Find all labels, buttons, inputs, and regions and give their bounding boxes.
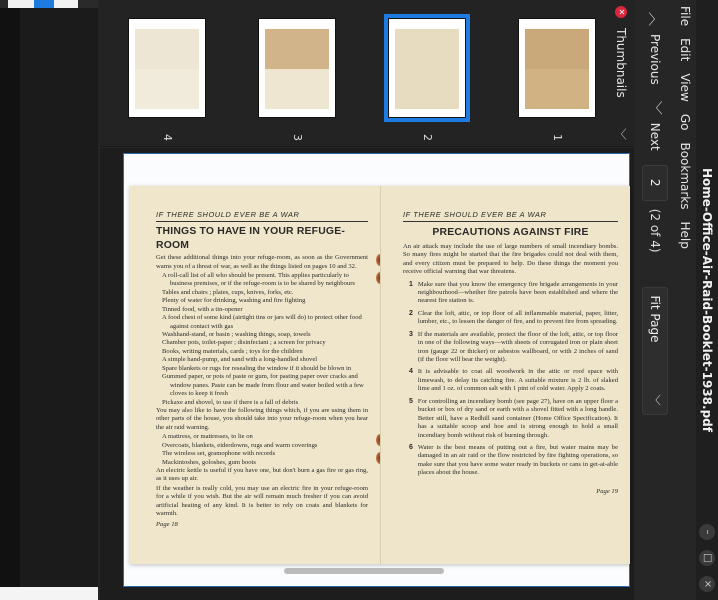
thumbnail-number: 1 <box>551 134 564 141</box>
intro-text: Get these additional things into your re… <box>156 254 368 271</box>
list-item: Chamber pots, toilet-paper ; disinfectan… <box>162 339 368 347</box>
title-bar: Home-Office-Air-Raid-Booklet-1938.pdf – … <box>696 0 718 600</box>
previous-label: Previous <box>648 34 662 85</box>
list-item: Tinned food, with a tin-opener <box>162 306 368 314</box>
thumbnails-title: Thumbnails <box>614 28 628 98</box>
zoom-label: Fit Page <box>648 296 662 343</box>
paragraph: If the weather is really cold, you may u… <box>156 485 368 519</box>
menu-view[interactable]: View <box>678 73 692 101</box>
page-19: IF THERE SHOULD EVER BE A WAR PRECAUTION… <box>380 186 630 564</box>
numbered-item: 3If the materials are available, protect… <box>409 331 618 365</box>
booklet-spread: IF THERE SHOULD EVER BE A WAR THINGS TO … <box>130 186 630 564</box>
next-label: Next <box>648 123 662 151</box>
menu-edit[interactable]: Edit <box>678 38 692 61</box>
menu-go[interactable]: Go <box>678 114 692 131</box>
numbered-item: 6Water is the best means of putting out … <box>409 444 618 478</box>
thumbnails-header: ✕ Thumbnails ﹀ <box>608 0 634 146</box>
paragraph: An electric kettle is useful if you have… <box>156 467 368 484</box>
numbered-item: 4It is advisable to coat all woodwork in… <box>409 368 618 393</box>
list-item: Books, writing materials, cards ; toys f… <box>162 348 368 356</box>
chevron-up-icon: ︿ <box>645 12 665 26</box>
running-head: IF THERE SHOULD EVER BE A WAR <box>403 210 618 222</box>
intro-text: An air attack may include the use of lar… <box>403 243 618 277</box>
thumbnail-page-4[interactable]: 4 <box>126 18 206 118</box>
numbered-item: 5For controlling an incendiary bomb (see… <box>409 398 618 440</box>
background-tab <box>8 0 34 8</box>
page-number: Page 18 <box>156 521 368 529</box>
list-item: Tables and chairs ; plates, cups, knives… <box>162 289 368 297</box>
toolbar: ︿ Previous ﹀ Next 2 (2 of 4) Fit Page ﹀ <box>636 0 674 600</box>
background-tab <box>54 0 78 8</box>
list-item: Gummed paper, or pots of paste or gum, f… <box>162 373 368 398</box>
window-title: Home-Office-Air-Raid-Booklet-1938.pdf <box>700 0 714 600</box>
next-button[interactable]: ﹀ Next <box>640 93 670 159</box>
previous-button[interactable]: ︿ Previous <box>640 4 670 93</box>
thumbnail-number: 3 <box>291 134 304 141</box>
page-number-input[interactable]: 2 <box>642 165 668 201</box>
list-item: A simple hand-pump, and sand with a long… <box>162 356 368 364</box>
chevron-down-icon[interactable]: ﹀ <box>613 128 630 140</box>
list-item: Plenty of water for drinking, washing an… <box>162 297 368 305</box>
thumbnail-page-3[interactable]: 3 <box>256 18 336 118</box>
thumbnail-number: 2 <box>421 134 434 141</box>
menu-file[interactable]: File <box>678 6 692 26</box>
numbered-item: 2Clear the loft, attic, or top floor of … <box>409 310 618 327</box>
zoom-select[interactable]: Fit Page ﹀ <box>642 287 668 415</box>
maximize-button[interactable]: □ <box>699 550 715 566</box>
minimize-button[interactable]: – <box>699 524 715 540</box>
thumbnail-page-2[interactable]: 2 <box>386 18 466 118</box>
thumbnails-panel: ✕ Thumbnails ﹀ 1 2 3 4 <box>100 0 634 147</box>
list-item: A food chest of some kind (airtight tins… <box>162 314 368 331</box>
close-button[interactable]: × <box>699 576 715 592</box>
menu-help[interactable]: Help <box>678 222 692 249</box>
close-sidebar-icon[interactable]: ✕ <box>615 6 627 18</box>
thumbnail-page-1[interactable]: 1 <box>516 18 596 118</box>
list-item: Pickaxe and shovel, to use if there is a… <box>162 399 368 407</box>
numbered-item: 1Make sure that you know the emergency f… <box>409 281 618 306</box>
list-item: Overcoats, blankets, eiderdowns, rugs an… <box>162 442 368 450</box>
page-count: (2 of 4) <box>648 209 662 253</box>
desktop-background-left <box>0 0 20 600</box>
list-item: The wireless set, gramophone with record… <box>162 450 368 458</box>
scrollbar[interactable] <box>284 568 444 574</box>
page-18: IF THERE SHOULD EVER BE A WAR THINGS TO … <box>130 186 380 564</box>
page-heading: THINGS TO HAVE IN YOUR REFUGE-ROOM <box>156 225 368 252</box>
list-item: Mackintoshes, goloshes, gum boots <box>162 459 368 467</box>
background-tab-active <box>34 0 54 8</box>
running-head: IF THERE SHOULD EVER BE A WAR <box>156 210 368 222</box>
list-item: A roll-call list of all who should be pr… <box>162 272 368 289</box>
menu-bookmarks[interactable]: Bookmarks <box>678 142 692 209</box>
list-item: Spare blankets or rugs for resealing the… <box>162 365 368 373</box>
chevron-down-icon: ﹀ <box>647 395 663 406</box>
thumbnail-number: 4 <box>161 134 174 141</box>
page-heading: PRECAUTIONS AGAINST FIRE <box>403 226 618 239</box>
menu-bar: File Edit View Go Bookmarks Help <box>674 0 696 600</box>
page-number: Page 19 <box>403 488 618 496</box>
paragraph: You may also like to have the following … <box>156 407 368 432</box>
list-item: Washhand-stand, or basin ; washing thing… <box>162 331 368 339</box>
chevron-down-icon: ﹀ <box>645 101 665 115</box>
list-item: A mattress, or mattresses, to lie on <box>162 433 368 441</box>
